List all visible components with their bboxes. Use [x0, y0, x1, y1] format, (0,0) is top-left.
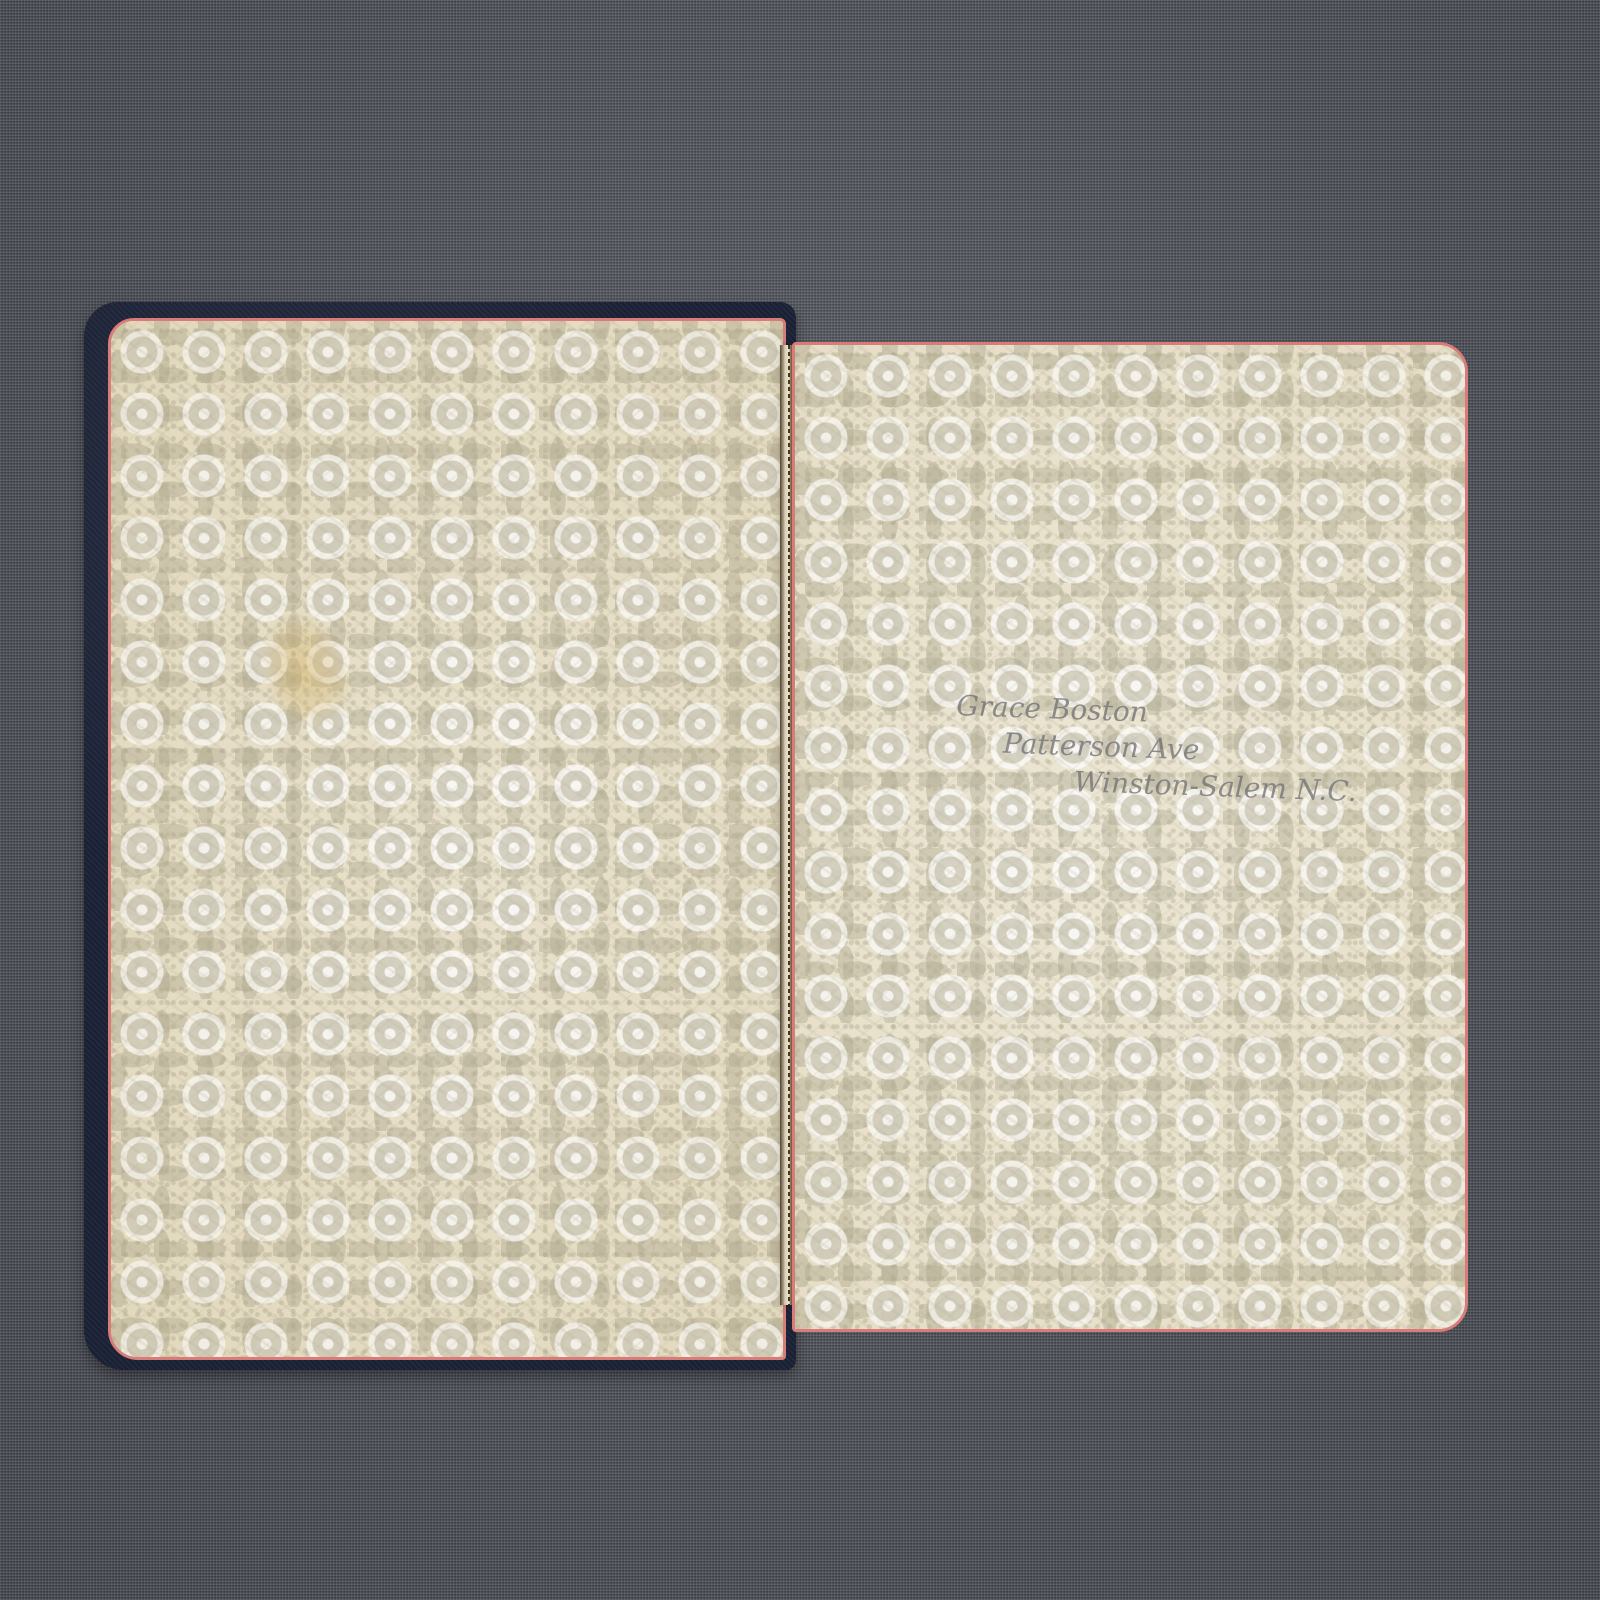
- binding-thread: [788, 345, 790, 1305]
- right-endpaper: Grace Boston Patterson Ave Winston-Salem…: [792, 342, 1468, 1332]
- pencil-inscription: Grace Boston Patterson Ave Winston-Salem…: [953, 688, 1360, 810]
- floral-pattern: [111, 321, 783, 1357]
- left-endpaper: [108, 318, 786, 1360]
- floral-pattern: [795, 345, 1465, 1329]
- photo-scene: Grace Boston Patterson Ave Winston-Salem…: [0, 0, 1600, 1600]
